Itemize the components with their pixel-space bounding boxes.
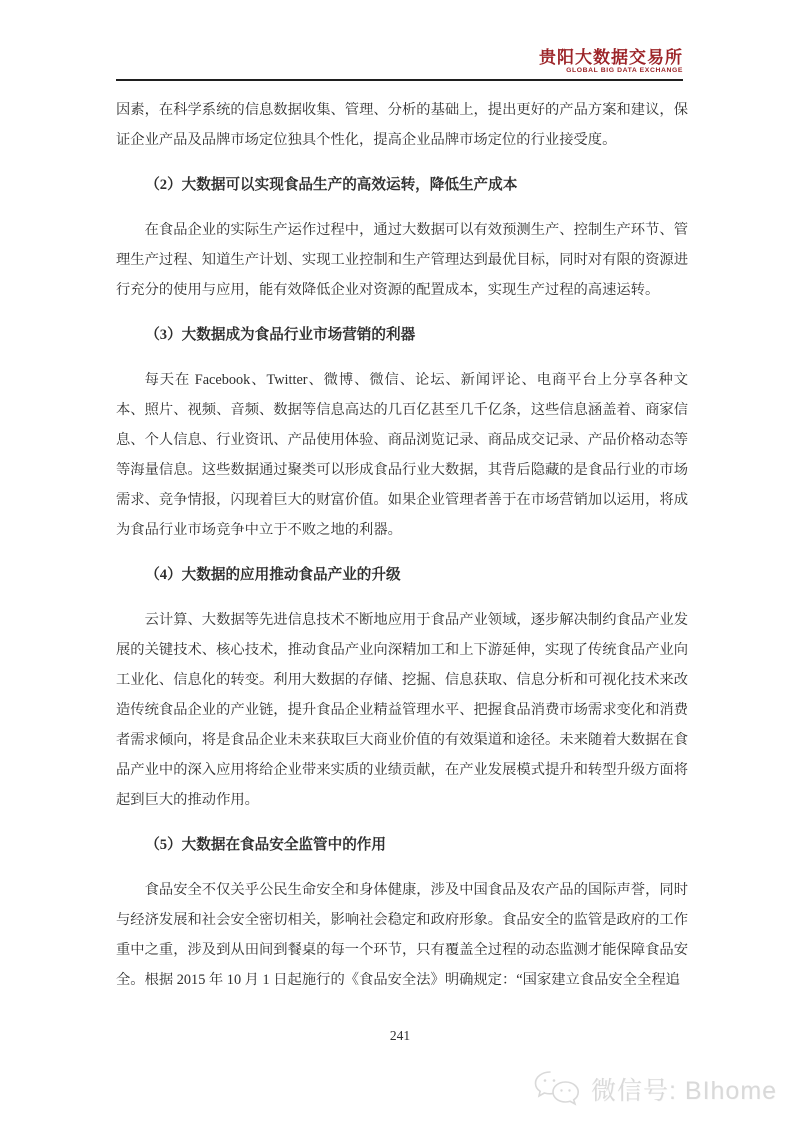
wechat-watermark: 微信号: BIhome — [532, 1070, 777, 1108]
section-heading-4: （4）大数据的应用推动食品产业的升级 — [116, 560, 688, 590]
watermark-text: 微信号: BIhome — [591, 1071, 777, 1107]
section-heading-5: （5）大数据在食品安全监管中的作用 — [116, 830, 688, 860]
document-page: 贵阳大数据交易所 GLOBAL BIG DATA EXCHANGE 因素，在科学… — [0, 0, 800, 1131]
section-heading-3: （3）大数据成为食品行业市场营销的利器 — [116, 320, 688, 350]
paragraph-section-3: 每天在 Facebook、Twitter、微博、微信、论坛、新闻评论、电商平台上… — [116, 365, 688, 545]
page-number: 241 — [0, 1028, 800, 1044]
paragraph-section-2: 在食品企业的实际生产运作过程中，通过大数据可以有效预测生产、控制生产环节、管理生… — [116, 215, 688, 305]
logo-subtitle: GLOBAL BIG DATA EXCHANGE — [116, 68, 683, 75]
paragraph-section-4: 云计算、大数据等先进信息技术不断地应用于食品产业领域，逐步解决制约食品产业发展的… — [116, 605, 688, 815]
document-body: 因素，在科学系统的信息数据收集、管理、分析的基础上，提出更好的产品方案和建议，保… — [116, 95, 688, 995]
header-rule — [116, 79, 683, 81]
logo-title: 贵阳大数据交易所 — [116, 49, 683, 66]
wechat-icon — [532, 1070, 582, 1108]
paragraph-continuation: 因素，在科学系统的信息数据收集、管理、分析的基础上，提出更好的产品方案和建议，保… — [116, 95, 688, 155]
section-heading-2: （2）大数据可以实现食品生产的高效运转，降低生产成本 — [116, 170, 688, 200]
paragraph-section-5: 食品安全不仅关乎公民生命安全和身体健康，涉及中国食品及农产品的国际声誉，同时与经… — [116, 875, 688, 995]
header-logo: 贵阳大数据交易所 GLOBAL BIG DATA EXCHANGE — [116, 49, 683, 75]
